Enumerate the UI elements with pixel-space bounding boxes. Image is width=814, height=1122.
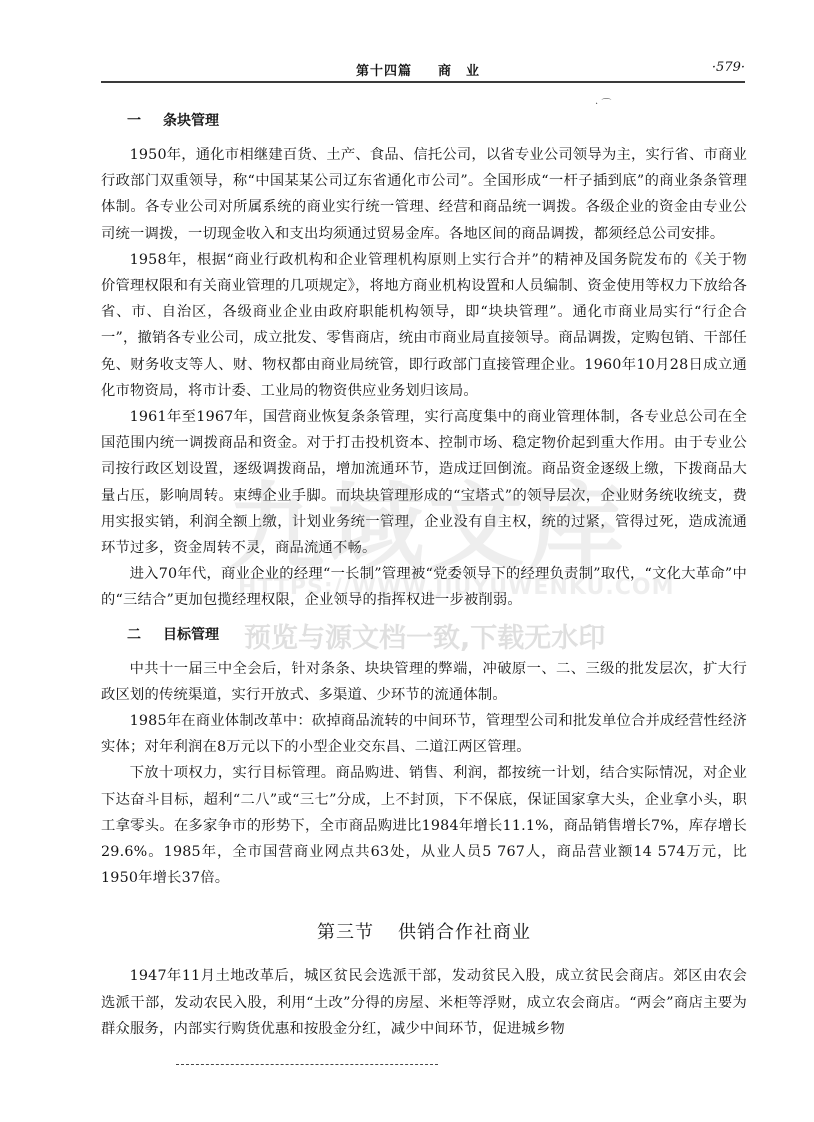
part-subject: 商 业 — [438, 64, 480, 79]
part-title: 第十四篇 — [356, 64, 412, 79]
section-number: 二 — [127, 622, 163, 648]
paragraph: 1950年，通化市相继建百货、土产、食品、信托公司，以省专业公司领导为主，实行省… — [101, 142, 747, 247]
document-page: 第十四篇商 业 ·579· · ⌒ 一条块管理 1950年，通化市相继建百货、土… — [0, 0, 814, 1122]
paragraph: 1947年11月土地改革后，城区贫民会选派干部，发动贫民入股，成立贫民会商店。郊… — [101, 963, 747, 1042]
paragraph: 1958年，根据“商业行政机构和企业管理机构原则上实行合并”的精神及国务院发布的… — [101, 247, 747, 404]
page-body: 一条块管理 1950年，通化市相继建百货、土产、食品、信托公司，以省专业公司领导… — [101, 108, 747, 1042]
section-heading-2: 二目标管理 — [101, 622, 747, 648]
paragraph: 进入70年代，商业企业的经理“一长制”管理被“党委领导下的经理负责制”取代，“文… — [101, 561, 747, 613]
running-header-title: 第十四篇商 业 — [356, 60, 480, 79]
section-heading-1: 一条块管理 — [101, 108, 747, 134]
paragraph: 1961年至1967年，国营商业恢复条条管理，实行高度集中的商业管理体制，各专业… — [101, 404, 747, 561]
section-title: 条块管理 — [163, 113, 219, 129]
paragraph: 下放十项权力，实行目标管理。商品购进、销售、利润，都按统一计划，结合实际情况，对… — [101, 760, 747, 891]
section-number: 一 — [127, 108, 163, 134]
chapter-heading: 第三节供销合作社商业 — [101, 913, 747, 953]
paragraph: 1985年在商业体制改革中：砍掉商品流转的中间环节，管理型公司和批发单位合并成经… — [101, 708, 747, 760]
header-rule — [101, 81, 745, 83]
running-header: 第十四篇商 业 ·579· — [101, 60, 745, 82]
section-title: 目标管理 — [163, 627, 219, 643]
footer-scan-line — [176, 1064, 438, 1066]
chapter-label: 第三节 — [317, 922, 374, 943]
chapter-title: 供销合作社商业 — [398, 922, 531, 943]
page-number: ·579· — [712, 60, 745, 75]
paragraph: 中共十一届三中全会后，针对条条、块块管理的弊端，冲破原一、二、三级的批发层次，扩… — [101, 656, 747, 708]
